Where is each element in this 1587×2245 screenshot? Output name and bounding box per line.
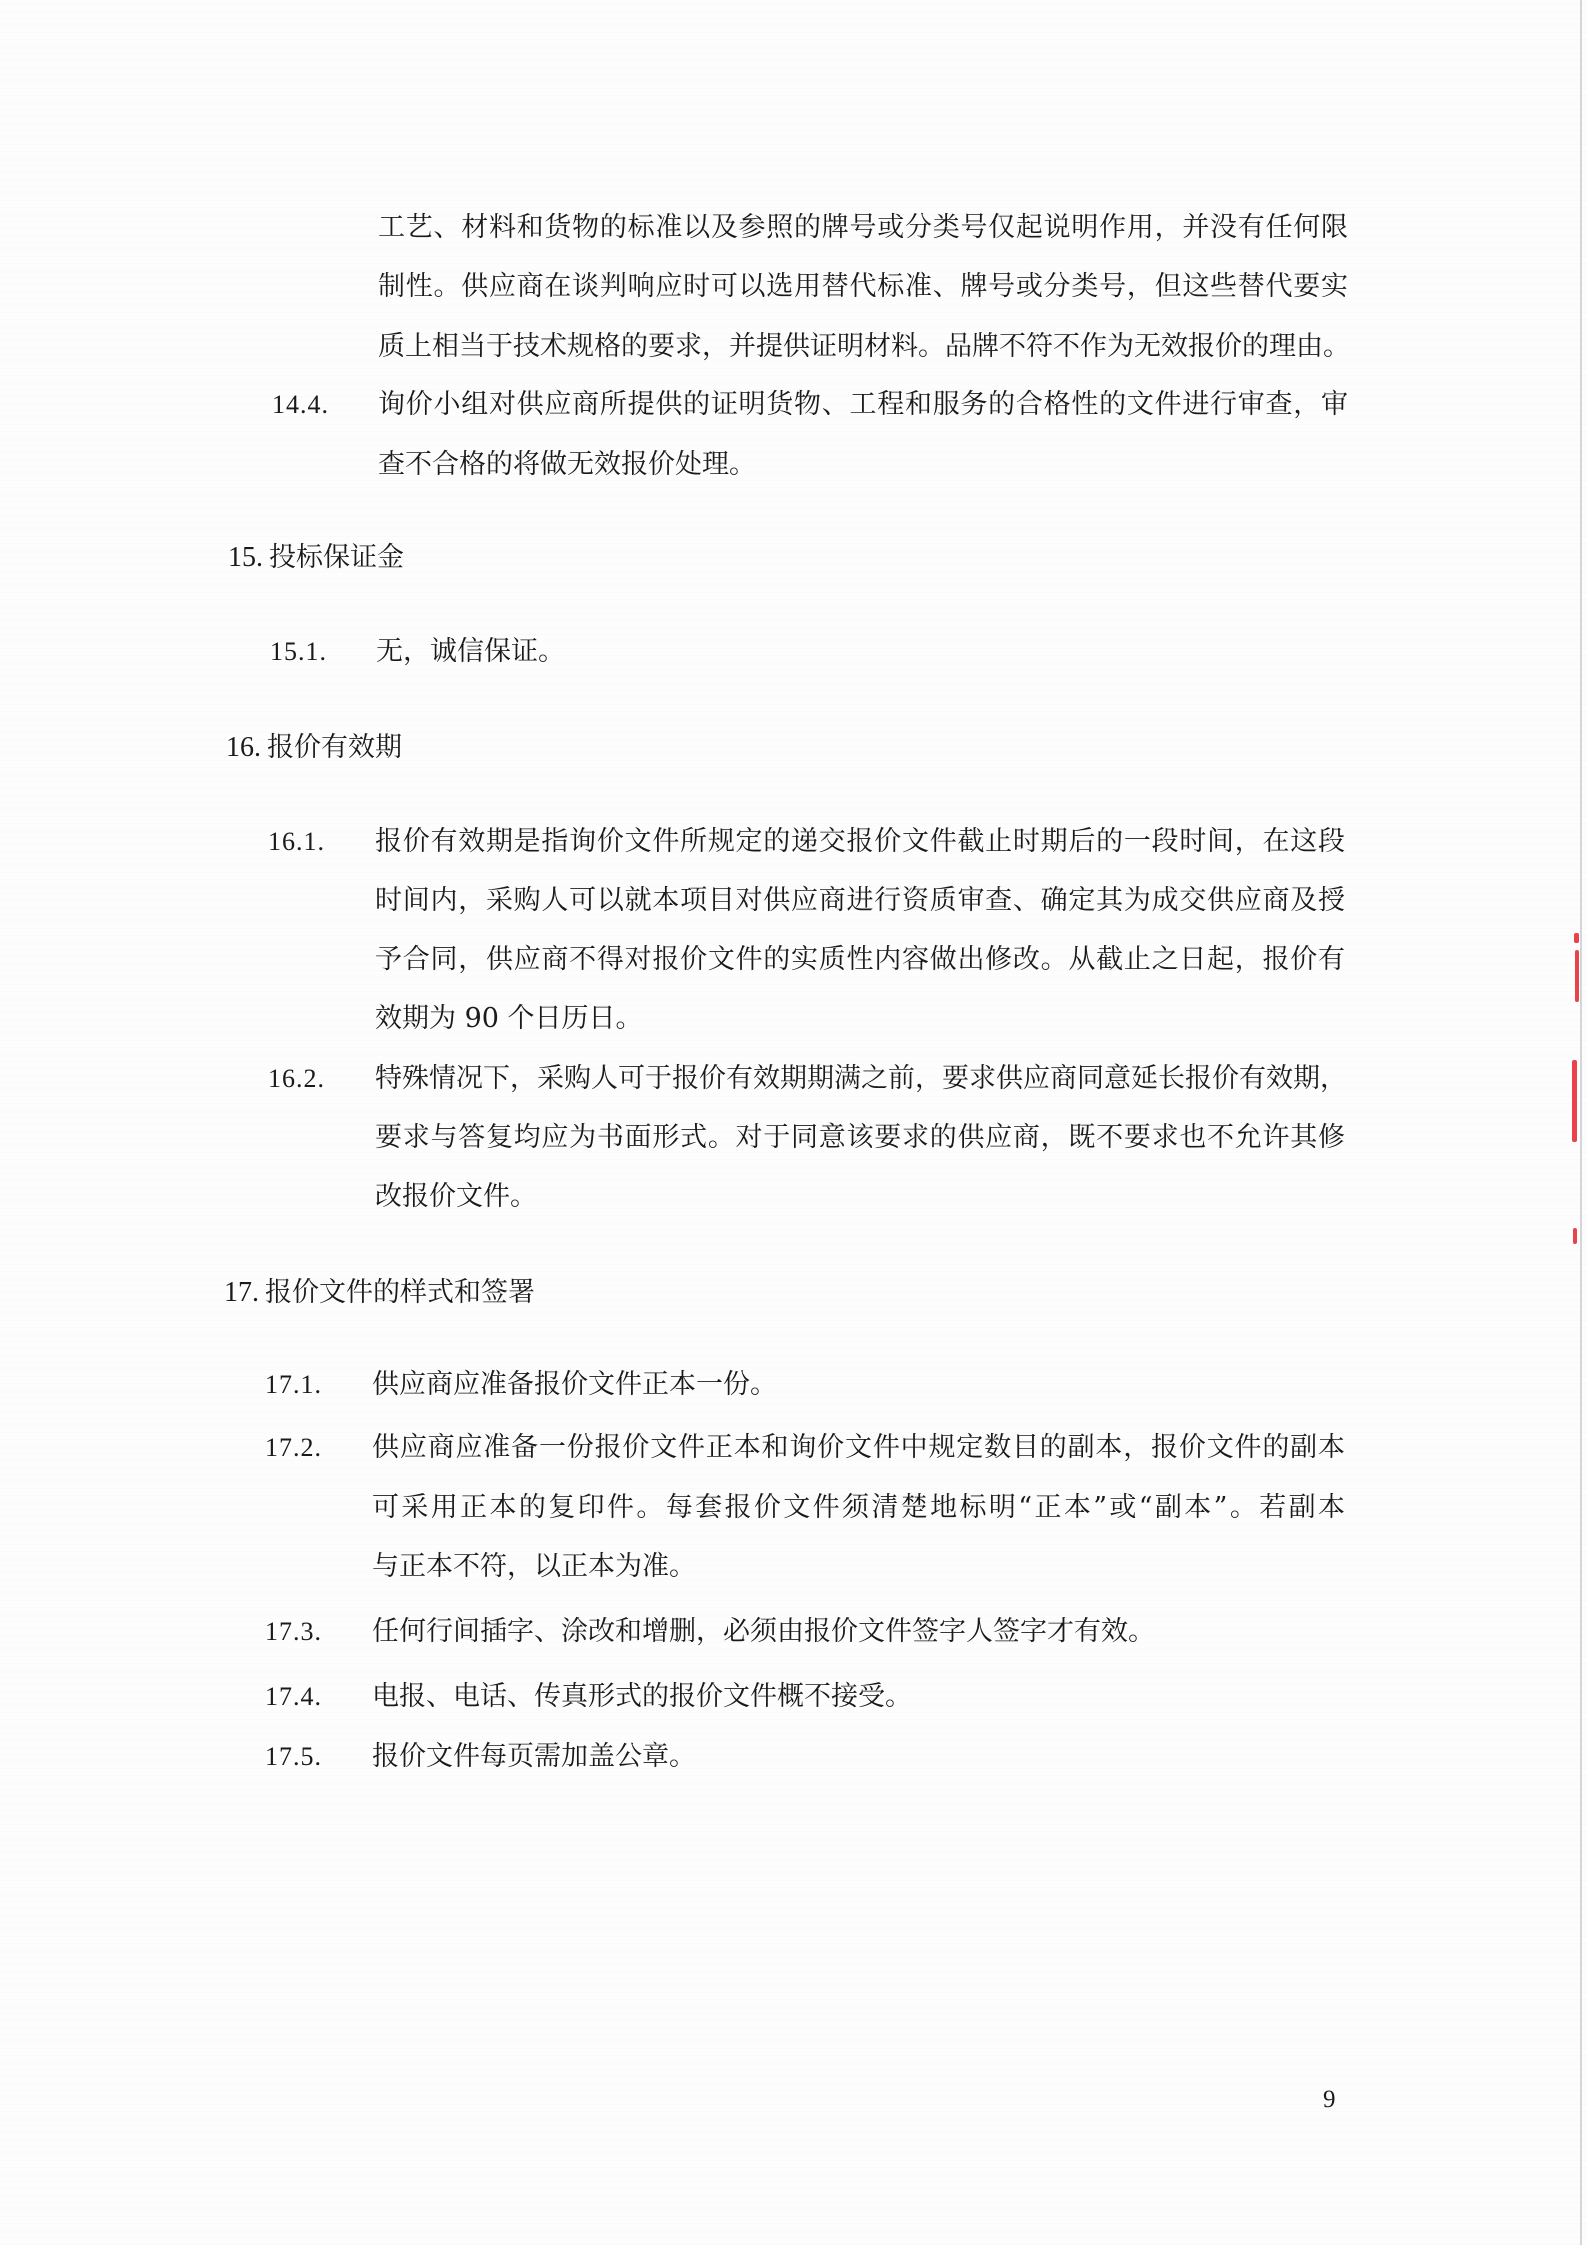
clause-line: 查不合格的将做无效报价处理。 xyxy=(378,448,756,482)
paragraph-line: 质上相当于技术规格的要求，并提供证明材料。品牌不符不作为无效报价的理由。 xyxy=(378,330,1350,364)
page-edge-line xyxy=(1580,0,1582,2245)
clause-line: 与正本不符，以正本为准。 xyxy=(372,1550,696,1584)
clause-number: 16.2. xyxy=(268,1062,325,1096)
section-title: 报价文件的样式和签署 xyxy=(265,1277,535,1308)
clause-number: 17.4. xyxy=(265,1680,322,1714)
clause-line: 任何行间插字、涂改和增删，必须由报价文件签字人签字才有效。 xyxy=(372,1615,1155,1649)
clause-line: 询价小组对供应商所提供的证明货物、工程和服务的合格性的文件进行审查，审 xyxy=(378,388,1348,422)
section-number: 17. xyxy=(224,1277,259,1308)
clause-number: 17.3. xyxy=(265,1615,322,1649)
section-heading-17: 17.报价文件的样式和签署 xyxy=(224,1276,535,1310)
clause-line: 无，诚信保证。 xyxy=(376,635,565,669)
clause-line: 供应商应准备报价文件正本一份。 xyxy=(372,1368,777,1402)
clause-line: 时间内，采购人可以就本项目对供应商进行资质审查、确定其为成交供应商及授 xyxy=(375,884,1345,918)
clause-line: 效期为 90 个日历日。 xyxy=(375,1002,643,1036)
clause-line: 报价有效期是指询价文件所规定的递交报价文件截止时期后的一段时间，在这段 xyxy=(375,825,1345,859)
section-number: 15. xyxy=(228,542,263,573)
clause-line: 报价文件每页需加盖公章。 xyxy=(372,1740,696,1774)
clause-line: 供应商应准备一份报价文件正本和询价文件中规定数目的副本，报价文件的副本 xyxy=(372,1431,1345,1465)
paragraph-line: 制性。供应商在谈判响应时可以选用替代标准、牌号或分类号，但这些替代要实 xyxy=(378,270,1348,304)
clause-number: 15.1. xyxy=(270,635,327,669)
paragraph-line: 工艺、材料和货物的标准以及参照的牌号或分类号仅起说明作用，并没有任何限 xyxy=(378,211,1348,245)
clause-line: 予合同，供应商不得对报价文件的实质性内容做出修改。从截止之日起，报价有 xyxy=(375,943,1345,977)
section-title: 报价有效期 xyxy=(267,732,402,763)
clause-number: 17.2. xyxy=(265,1431,322,1465)
clause-number: 16.1. xyxy=(268,825,325,859)
page-number: 9 xyxy=(1323,2086,1336,2114)
clause-line: 改报价文件。 xyxy=(375,1180,537,1214)
clause-line: 要求与答复均应为书面形式。对于同意该要求的供应商，既不要求也不允许其修 xyxy=(375,1121,1345,1155)
clause-line: 可采用正本的复印件。每套报价文件须清楚地标明“正本”或“副本”。若副本 xyxy=(372,1491,1345,1525)
section-number: 16. xyxy=(226,732,261,763)
clause-number: 17.1. xyxy=(265,1368,322,1402)
clause-line: 特殊情况下，采购人可于报价有效期期满之前，要求供应商同意延长报价有效期， xyxy=(375,1062,1345,1096)
clause-number: 14.4. xyxy=(272,388,329,422)
section-title: 投标保证金 xyxy=(269,542,404,573)
clause-line: 电报、电话、传真形式的报价文件概不接受。 xyxy=(372,1680,912,1714)
section-heading-15: 15.投标保证金 xyxy=(228,541,404,575)
section-heading-16: 16.报价有效期 xyxy=(226,731,402,765)
clause-number: 17.5. xyxy=(265,1740,322,1774)
